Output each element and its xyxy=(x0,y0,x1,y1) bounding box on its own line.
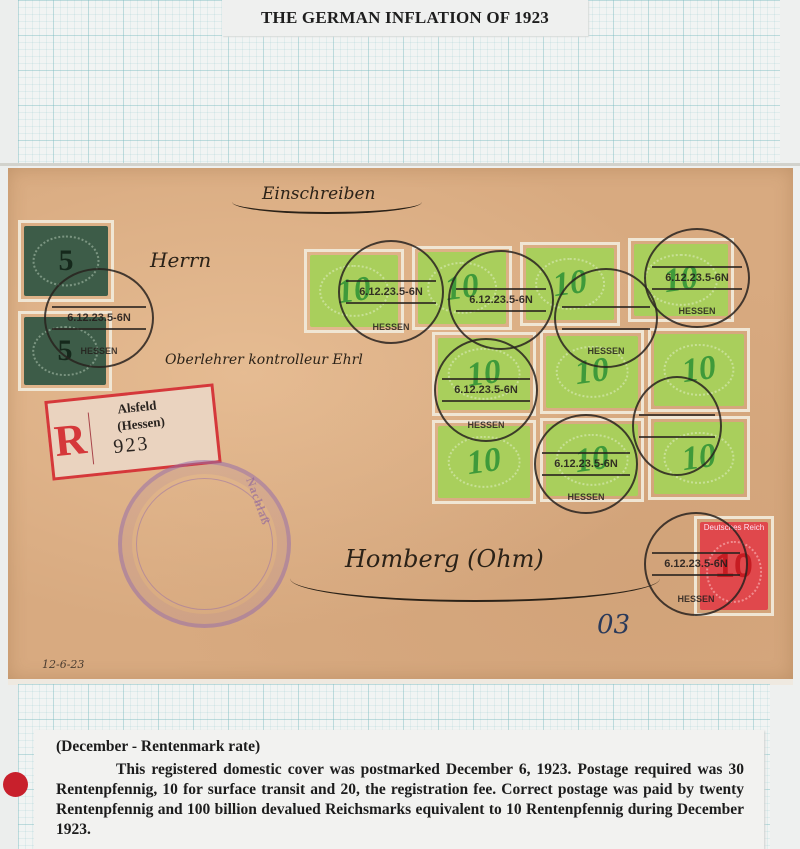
postmark: 6.12.23.5-6NHESSEN xyxy=(644,228,750,328)
postmark: 6.12.23.5-6N xyxy=(448,250,554,350)
postmark: HESSEN xyxy=(554,268,658,368)
handwriting-name-line: Oberlehrer kontrolleur Ehrl xyxy=(165,352,363,368)
registration-r-letter: R xyxy=(52,413,94,469)
postmark: 6.12.23.5-6NHESSEN xyxy=(534,414,638,514)
handwriting-corner-note: 03 xyxy=(597,610,630,640)
official-seal-cachet: Nachlaß xyxy=(118,460,291,628)
description-body: This registered domestic cover was postm… xyxy=(56,760,744,840)
mount-strip-edge xyxy=(0,163,800,166)
postmark-red-stamp: 6.12.23.5-6N HESSEN xyxy=(644,512,748,616)
description-heading: (December - Rentenmark rate) xyxy=(56,738,260,756)
postmark: 6.12.23.5-6NHESSEN xyxy=(338,240,444,344)
underline-swash xyxy=(232,190,422,214)
postmark: 6.12.23.5-6NHESSEN xyxy=(434,338,538,442)
destination-swash xyxy=(290,555,660,602)
registration-number: 923 xyxy=(112,432,150,459)
red-marker-dot xyxy=(3,772,28,797)
page-title: THE GERMAN INFLATION OF 1923 xyxy=(222,0,588,36)
pencil-date: 12-6-23 xyxy=(42,658,84,671)
handwriting-addressee: Herrn xyxy=(150,248,211,272)
postmark xyxy=(632,376,722,476)
description-panel: (December - Rentenmark rate) This regist… xyxy=(34,730,764,849)
postmark-left: 6.12.23.5-6N HESSEN xyxy=(44,268,154,368)
